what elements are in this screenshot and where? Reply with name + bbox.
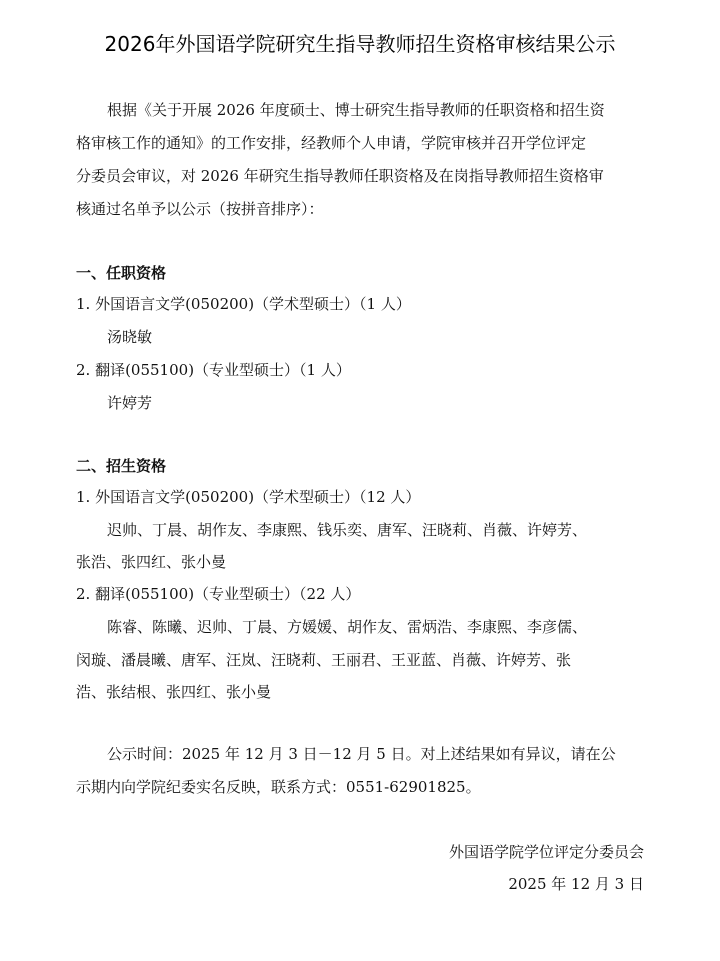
names-line: 浩、张结根、张四红、张小曼 [76, 682, 271, 702]
names-line: 许婷芳 [107, 393, 152, 413]
document-page: 2026年外国语学院研究生指导教师招生资格审核结果公示 根据《关于开展 2026… [0, 0, 720, 961]
program-label: 1. 外国语言文学(050200)（学术型硕士）（1 人） [76, 294, 411, 314]
names-line: 张浩、张四红、张小曼 [76, 552, 226, 572]
program-label: 1. 外国语言文学(050200)（学术型硕士）（12 人） [76, 487, 420, 507]
section-heading-appointment: 一、任职资格 [76, 263, 166, 283]
page-title: 2026年外国语学院研究生指导教师招生资格审核结果公示 [0, 30, 720, 58]
intro-line: 核通过名单予以公示（按拼音排序）： [76, 199, 324, 219]
program-label: 2. 翻译(055100)（专业型硕士）（1 人） [76, 360, 351, 380]
notice-line: 公示时间：2025 年 12 月 3 日－12 月 5 日。对上述结果如有异议，… [107, 744, 616, 764]
names-line: 迟帅、丁晨、胡作友、李康熙、钱乐奕、唐军、汪晓莉、肖薇、许婷芳、 [107, 520, 587, 540]
notice-line: 示期内向学院纪委实名反映，联系方式：0551-62901825。 [76, 777, 481, 797]
intro-line: 分委员会审议，对 2026 年研究生指导教师任职资格及在岗指导教师招生资格审 [76, 166, 604, 186]
names-line: 陈睿、陈曦、迟帅、丁晨、方媛媛、胡作友、雷炳浩、李康熙、李彦儒、 [107, 617, 587, 637]
intro-line: 格审核工作的通知》的工作安排，经教师个人申请，学院审核并召开学位评定 [76, 133, 586, 153]
names-line: 汤晓敏 [107, 327, 152, 347]
intro-line: 根据《关于开展 2026 年度硕士、博士研究生指导教师的任职资格和招生资 [107, 100, 605, 120]
section-heading-enrollment: 二、招生资格 [76, 456, 166, 476]
signature-org: 外国语学院学位评定分委员会 [449, 842, 644, 862]
signature-date: 2025 年 12 月 3 日 [508, 874, 644, 894]
program-label: 2. 翻译(055100)（专业型硕士）（22 人） [76, 584, 360, 604]
names-line: 闵璇、潘晨曦、唐军、汪岚、汪晓莉、王丽君、王亚蓝、肖薇、许婷芳、张 [76, 650, 571, 670]
